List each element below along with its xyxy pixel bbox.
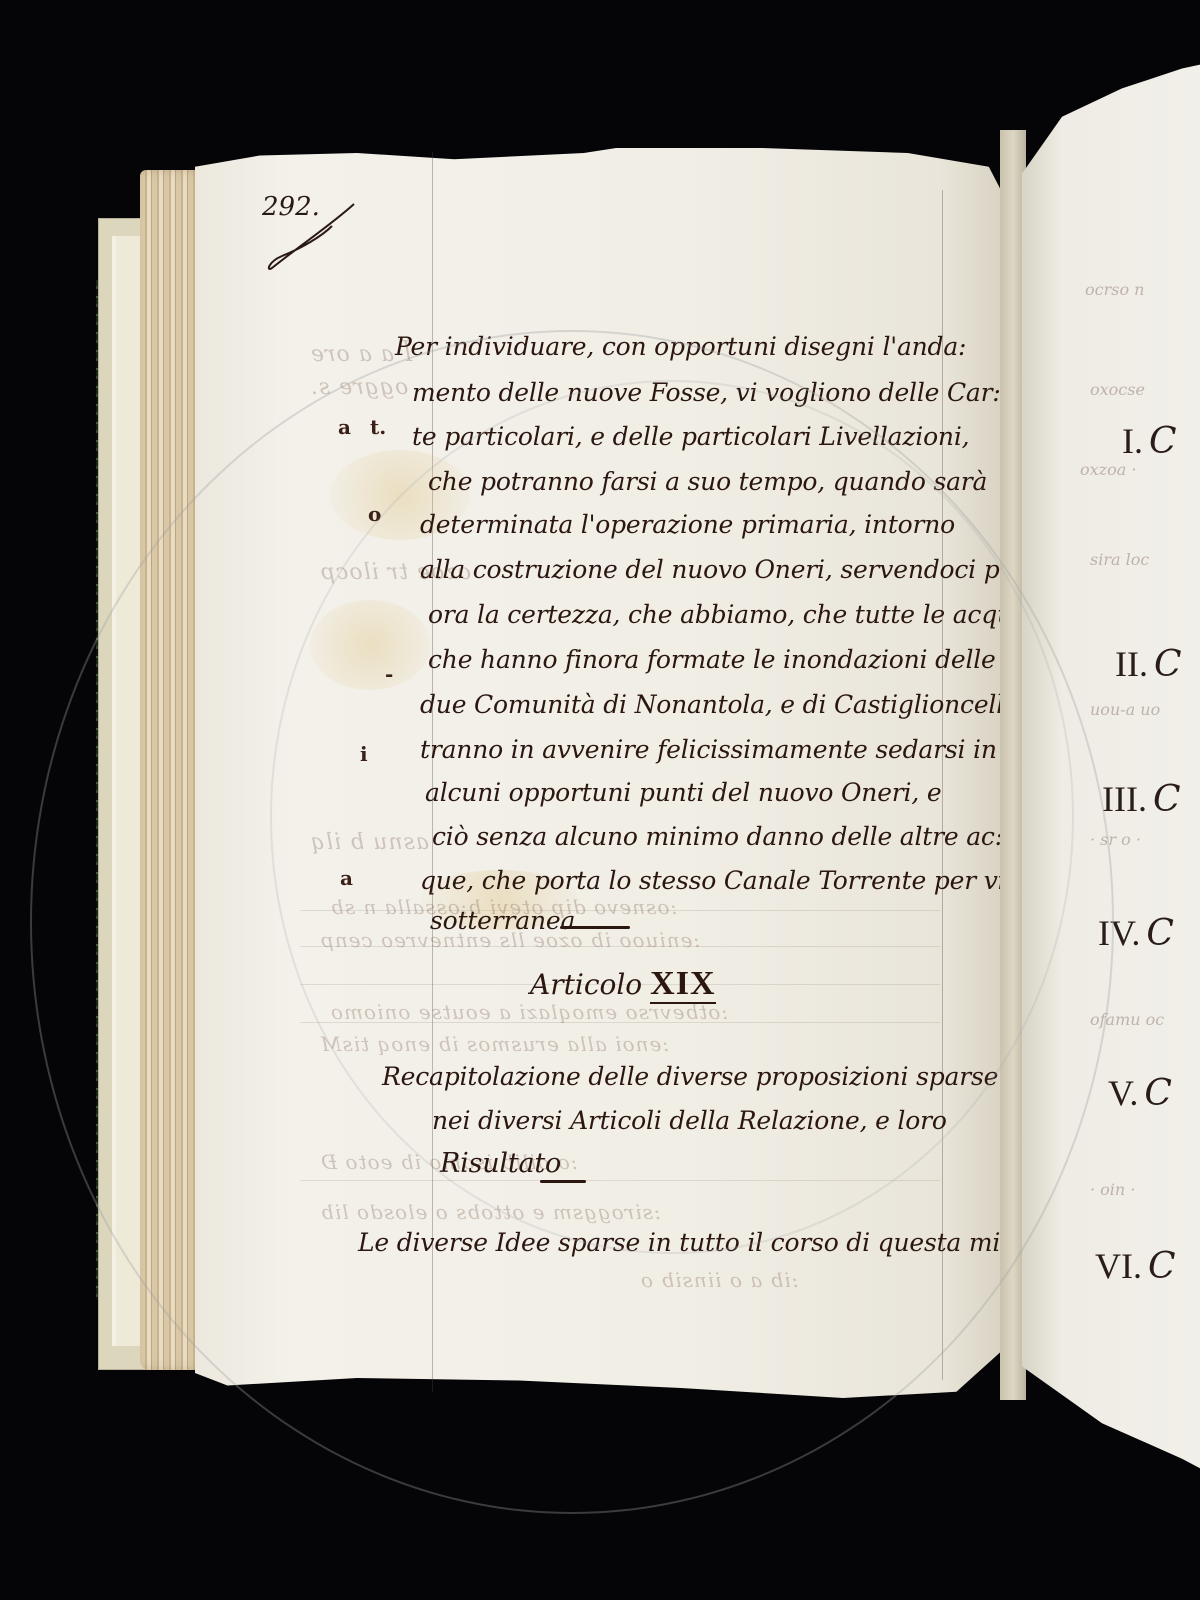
manuscript-line: ciò senza alcuno minimo danno delle altr…: [432, 822, 1003, 851]
bleed-through-text: asnu b ilq: [310, 830, 429, 855]
manuscript-line: determinata l'operazione primaria, intor…: [420, 510, 955, 539]
margin-mark: i: [360, 742, 368, 766]
closing-line: Le diverse Idee sparse in tutto il corso…: [358, 1228, 1015, 1257]
margin-mark: a: [340, 866, 353, 890]
right-page-smudge: uou-a uo: [1090, 700, 1160, 719]
article-numeral: XIX: [650, 965, 715, 1004]
manuscript-line: che potranno farsi a suo tempo, quando s…: [428, 467, 987, 496]
title-underline: [540, 1180, 586, 1183]
margin-mark: a: [338, 415, 351, 439]
margin-rule-right: [942, 190, 943, 1380]
manuscript-line: sotterranea: [430, 906, 575, 935]
article-title-line: Recapitolazione delle diverse proposizio…: [382, 1062, 998, 1091]
bleed-through-text: oggre s.: [310, 375, 408, 400]
bleed-through-text: :ib a o iinsib o: [640, 1268, 799, 1292]
right-page-numeral: I.C: [1122, 420, 1177, 462]
right-page-smudge: sira loc: [1090, 550, 1149, 569]
bleed-through-text: :enoi alla erusmos ib enoq tisM: [320, 1032, 669, 1056]
article-label: Articolo: [530, 968, 642, 1001]
line-end-flourish: [560, 926, 630, 929]
manuscript-line: Per individuare, con opportuni disegni l…: [395, 332, 966, 361]
foxing-stain: [310, 600, 430, 690]
manuscript-line: che hanno finora formate le inondazioni …: [428, 645, 996, 674]
right-page-numeral: II.C: [1115, 643, 1182, 685]
right-page-smudge: · sr o ·: [1090, 830, 1141, 849]
right-page-smudge: · oin ·: [1090, 1180, 1135, 1199]
folio-flourish-icon: [262, 196, 362, 276]
manuscript-line: ora la certezza, che abbiamo, che tutte …: [428, 600, 1028, 629]
manuscript-line: que, che porta lo stesso Canale Torrente…: [420, 866, 1020, 895]
right-page-smudge: oxzoa ·: [1080, 460, 1136, 479]
manuscript-line: tranno in avvenire felicissimamente seda…: [420, 735, 997, 764]
right-page-smudge: ocrso n: [1085, 280, 1144, 299]
manuscript-line: alla costruzione del nuovo Oneri, serven…: [420, 555, 1026, 584]
rule-line: [300, 1180, 940, 1181]
margin-mark: -: [385, 662, 393, 686]
article-title-line: Risultato: [440, 1148, 561, 1179]
right-page-smudge: oxocse: [1090, 380, 1145, 399]
manuscript-photo: ꟾ a a ore oggre s. ozoe tr ilocp asnu b …: [0, 0, 1200, 1600]
margin-mark: o: [368, 502, 381, 526]
article-heading: ArticoloXIX: [530, 965, 716, 1003]
manuscript-line: te particolari, e delle particolari Live…: [412, 422, 969, 451]
margin-mark: t.: [370, 415, 386, 439]
manuscript-line: alcuni opportuni punti del nuovo Oneri, …: [425, 778, 941, 807]
right-page-numeral: IV.C: [1098, 912, 1174, 954]
manuscript-line: due Comunità di Nonantola, e di Castigli…: [420, 690, 1073, 719]
right-page-smudge: ofamu oc: [1090, 1010, 1164, 1029]
right-page-numeral: III.C: [1102, 778, 1181, 820]
manuscript-line: mento delle nuove Fosse, vi vogliono del…: [412, 378, 1001, 407]
bleed-through-text: :siroggsm e ottobs o elosdo lib: [320, 1200, 661, 1224]
right-page-numeral: VI.C: [1095, 1245, 1176, 1287]
right-page-numeral: V.C: [1108, 1072, 1172, 1114]
article-title-line: nei diversi Articoli della Relazione, e …: [432, 1106, 947, 1135]
